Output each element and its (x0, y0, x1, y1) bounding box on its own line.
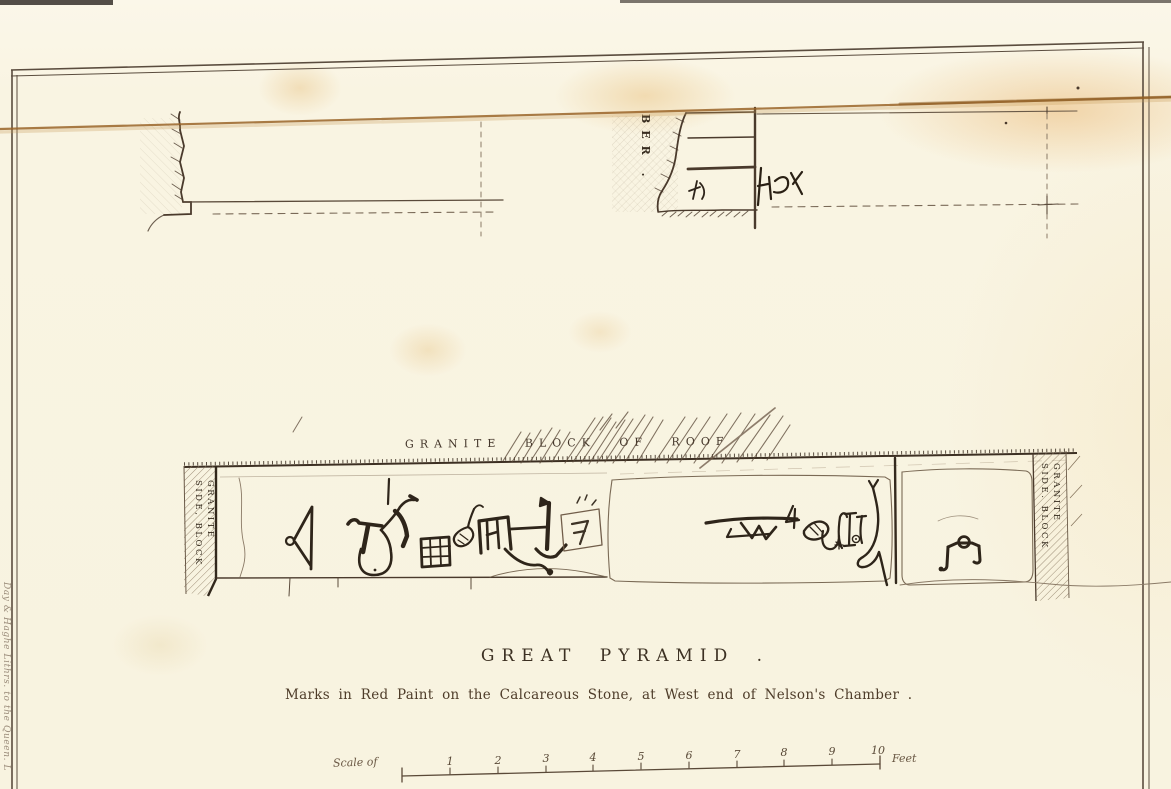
plate-title: GREAT PYRAMID . (400, 646, 850, 666)
right-side-block-label-line1: GRANITE (1050, 463, 1062, 603)
calcareous-stone-outlines (217, 458, 1171, 596)
mark-triangle (286, 507, 312, 569)
right-side-block-label-line2: SIDE. BLOCK (1038, 463, 1050, 603)
chamber-label-fragment: BER . (639, 114, 652, 224)
upper-left-block-drawing (140, 112, 503, 236)
mark-standard (511, 498, 566, 557)
scan-edge-marks (0, 0, 1171, 5)
left-side-block-label-line1: GRANITE (204, 480, 216, 592)
scale-unit-label: Feet (892, 752, 916, 765)
mark-box-m (479, 517, 553, 575)
scale-number-6: 6 (682, 749, 696, 762)
scale-prefix-label: Scale of (333, 755, 378, 770)
upper-center-block-drawing (612, 87, 1080, 239)
roof-comb-line (184, 450, 1077, 477)
mark-long-stroke-group (706, 506, 828, 540)
right-side-block-label: GRANITE SIDE. BLOCK (1038, 463, 1062, 603)
scale-number-9: 9 (825, 745, 839, 758)
masons-marks (286, 479, 980, 585)
mark-bird (348, 479, 417, 575)
mark-flourish (858, 480, 887, 585)
scale-number-10: 10 (869, 744, 887, 757)
lithographer-credit: Day & Haghe Lithrs. to the Queen. L (1, 582, 11, 789)
scale-number-8: 8 (777, 746, 791, 759)
mark-faint-box (561, 495, 602, 551)
scale-number-3: 3 (539, 752, 553, 765)
left-side-block-label: GRANITE SIDE, BLOCK (192, 480, 216, 592)
lithograph-plate-page: Day & Haghe Lithrs. to the Queen. L BER … (0, 0, 1171, 789)
hieratic-marks-upper (758, 168, 802, 205)
mark-grid-square (421, 537, 450, 567)
scale-number-2: 2 (491, 754, 505, 767)
plate-line-drawing (0, 0, 1171, 789)
scale-number-5: 5 (634, 750, 648, 763)
scale-number-7: 7 (730, 748, 744, 761)
scale-number-4: 4 (586, 751, 600, 764)
mark-bracket-circle (939, 537, 980, 572)
plate-caption: Marks in Red Paint on the Calcareous Sto… (285, 687, 885, 703)
left-side-block-label-line2: SIDE, BLOCK (192, 480, 204, 592)
scale-number-1: 1 (443, 755, 457, 768)
